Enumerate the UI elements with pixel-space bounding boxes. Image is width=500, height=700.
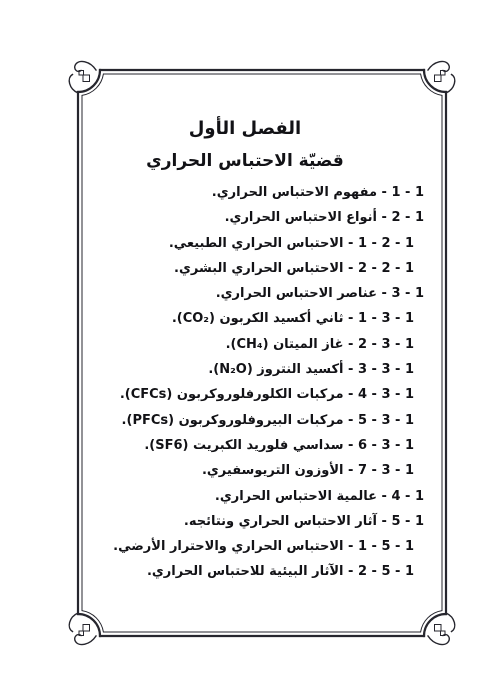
toc-item-text: 1 - 2 - أنواع الاحتباس الحراري. [225, 210, 424, 225]
frame-corner-ornament [69, 61, 103, 95]
toc-item: 1 - 2 - أنواع الاحتباس الحراري. [95, 205, 424, 230]
toc-item: 1 - 3 - 3 - أكسيد النتروز (N₂O). [95, 357, 424, 382]
toc-item-text: 1 - 3 - 4 - مركبات الكلورفلوروكربون (CFC… [120, 387, 414, 402]
toc-item: 1 - 3 - 5 - مركبات البيروفلوروكربون (PFC… [95, 408, 424, 433]
toc-item-text: 1 - 5 - آثار الاحتباس الحراري ونتائجه. [184, 514, 424, 529]
toc-item: 1 - 3 - 2 - غاز الميتان (CH₄). [95, 332, 424, 357]
toc-item-text: 1 - 3 - عناصر الاحتباس الحراري. [216, 286, 424, 301]
toc-item-text: 1 - 2 - 2 - الاحتباس الحراري البشري. [174, 261, 414, 276]
toc-item: 1 - 5 - آثار الاحتباس الحراري ونتائجه. [95, 509, 424, 534]
toc-item-text: 1 - 3 - 1 - ثاني أكسيد الكربون (CO₂). [172, 311, 414, 326]
toc-item-text: 1 - 1 - مفهوم الاحتباس الحراري. [212, 185, 424, 200]
toc-item-text: 1 - 5 - 1 - الاحتباس الحراري والاحترار ا… [113, 539, 414, 554]
chapter-subtitle: قضيّة الاحتباس الحراري [66, 150, 424, 172]
toc-item-text: 1 - 3 - 7 - الأوزون التريوسفيري. [202, 463, 414, 478]
toc-item: 1 - 3 - عناصر الاحتباس الحراري. [95, 281, 424, 306]
book-page: { "page": { "chapter_title": "الفصل الأو… [0, 0, 500, 700]
toc-item-text: 1 - 3 - 3 - أكسيد النتروز (N₂O). [208, 362, 414, 377]
toc-item: 1 - 3 - 7 - الأوزون التريوسفيري. [95, 458, 424, 483]
toc-list: 1 - 1 - مفهوم الاحتباس الحراري.1 - 2 - أ… [95, 180, 424, 585]
toc-item: 1 - 5 - 2 - الآثار البيئية للاحتباس الحر… [95, 559, 424, 584]
toc-item: 1 - 5 - 1 - الاحتباس الحراري والاحترار ا… [95, 534, 424, 559]
toc-item-text: 1 - 3 - 6 - سداسي فلوريد الكبريت (SF6). [144, 438, 414, 453]
toc-item: 1 - 2 - 2 - الاحتباس الحراري البشري. [95, 256, 424, 281]
toc-item: 1 - 1 - مفهوم الاحتباس الحراري. [95, 180, 424, 205]
frame-corner-ornament [69, 611, 103, 645]
frame-corner-ornament [421, 61, 455, 95]
toc-item-text: 1 - 3 - 2 - غاز الميتان (CH₄). [226, 337, 414, 352]
toc-item: 1 - 2 - 1 - الاحتباس الحراري الطبيعي. [95, 231, 424, 256]
toc-item: 1 - 3 - 1 - ثاني أكسيد الكربون (CO₂). [95, 306, 424, 331]
chapter-title: الفصل الأول [66, 118, 424, 140]
frame-corner-ornament [421, 611, 455, 645]
toc-item-text: 1 - 2 - 1 - الاحتباس الحراري الطبيعي. [169, 236, 414, 251]
toc-item-text: 1 - 5 - 2 - الآثار البيئية للاحتباس الحر… [147, 564, 414, 579]
chapter-heading-block: الفصل الأول قضيّة الاحتباس الحراري [66, 118, 424, 172]
toc-item: 1 - 4 - عالمية الاحتباس الحراري. [95, 484, 424, 509]
toc-item: 1 - 3 - 4 - مركبات الكلورفلوروكربون (CFC… [95, 382, 424, 407]
toc-item: 1 - 3 - 6 - سداسي فلوريد الكبريت (SF6). [95, 433, 424, 458]
toc-item-text: 1 - 4 - عالمية الاحتباس الحراري. [215, 489, 424, 504]
toc-item-text: 1 - 3 - 5 - مركبات البيروفلوروكربون (PFC… [122, 413, 414, 428]
